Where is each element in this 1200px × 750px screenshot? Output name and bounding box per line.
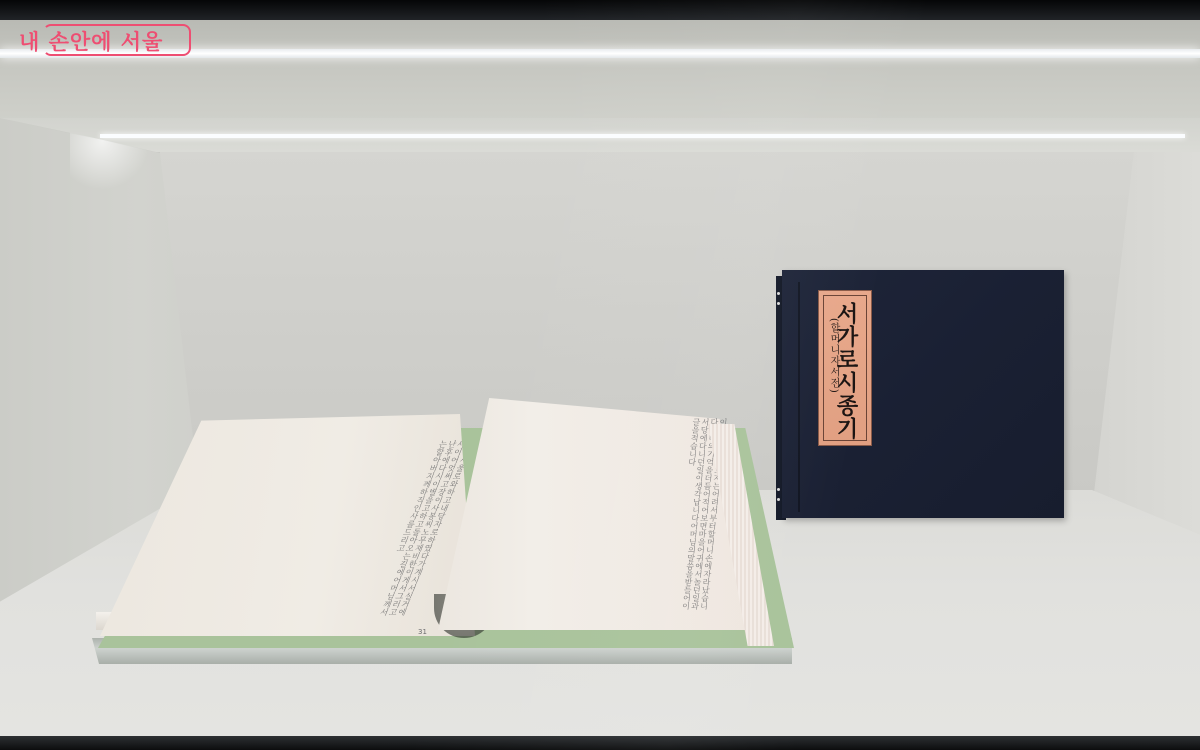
open-manuscript: 호어서울로와하고내당자로하였다가계시서실거에서이어엇써고장이사봉씨노무재비한이게… [88, 398, 796, 670]
case-top-frame [0, 0, 1200, 22]
led-light-strip-inner [100, 134, 1185, 138]
title-label: 서가로시종기 (할머니자서전) [818, 290, 872, 446]
closed-book-case: 서가로시종기 (할머니자서전) [776, 270, 1064, 522]
page-number: 31 [418, 628, 427, 636]
case-bottom-frame [0, 736, 1200, 750]
book-subtitle: (할머니자서전) [826, 318, 841, 394]
right-page-handwriting: 이러한사정으로저는어려서부터할머니손에자라났습니다그때의기억을더듬어적어보면마을… [468, 418, 729, 614]
clasp-knob-icon [777, 302, 780, 305]
watermark-logo: 내 손안에 서울 [19, 24, 163, 58]
display-case-photo: 서가로시종기 (할머니자서전) 호어서울로와하고내당자로하였다가계시서실거에서이… [0, 0, 1200, 750]
left-page-handwriting: 호어서울로와하고내당자로하였다가계시서실거에서이어엇써고장이사봉씨노무재비한이게… [104, 440, 477, 620]
logo-outline [43, 24, 191, 56]
clasp-knob-icon [777, 292, 780, 295]
binding-line [798, 282, 800, 512]
left-page: 호어서울로와하고내당자로하였다가계시서실거에서이어엇써고장이사봉씨노무재비한이게… [100, 414, 475, 636]
case-cover: 서가로시종기 (할머니자서전) [782, 270, 1064, 518]
